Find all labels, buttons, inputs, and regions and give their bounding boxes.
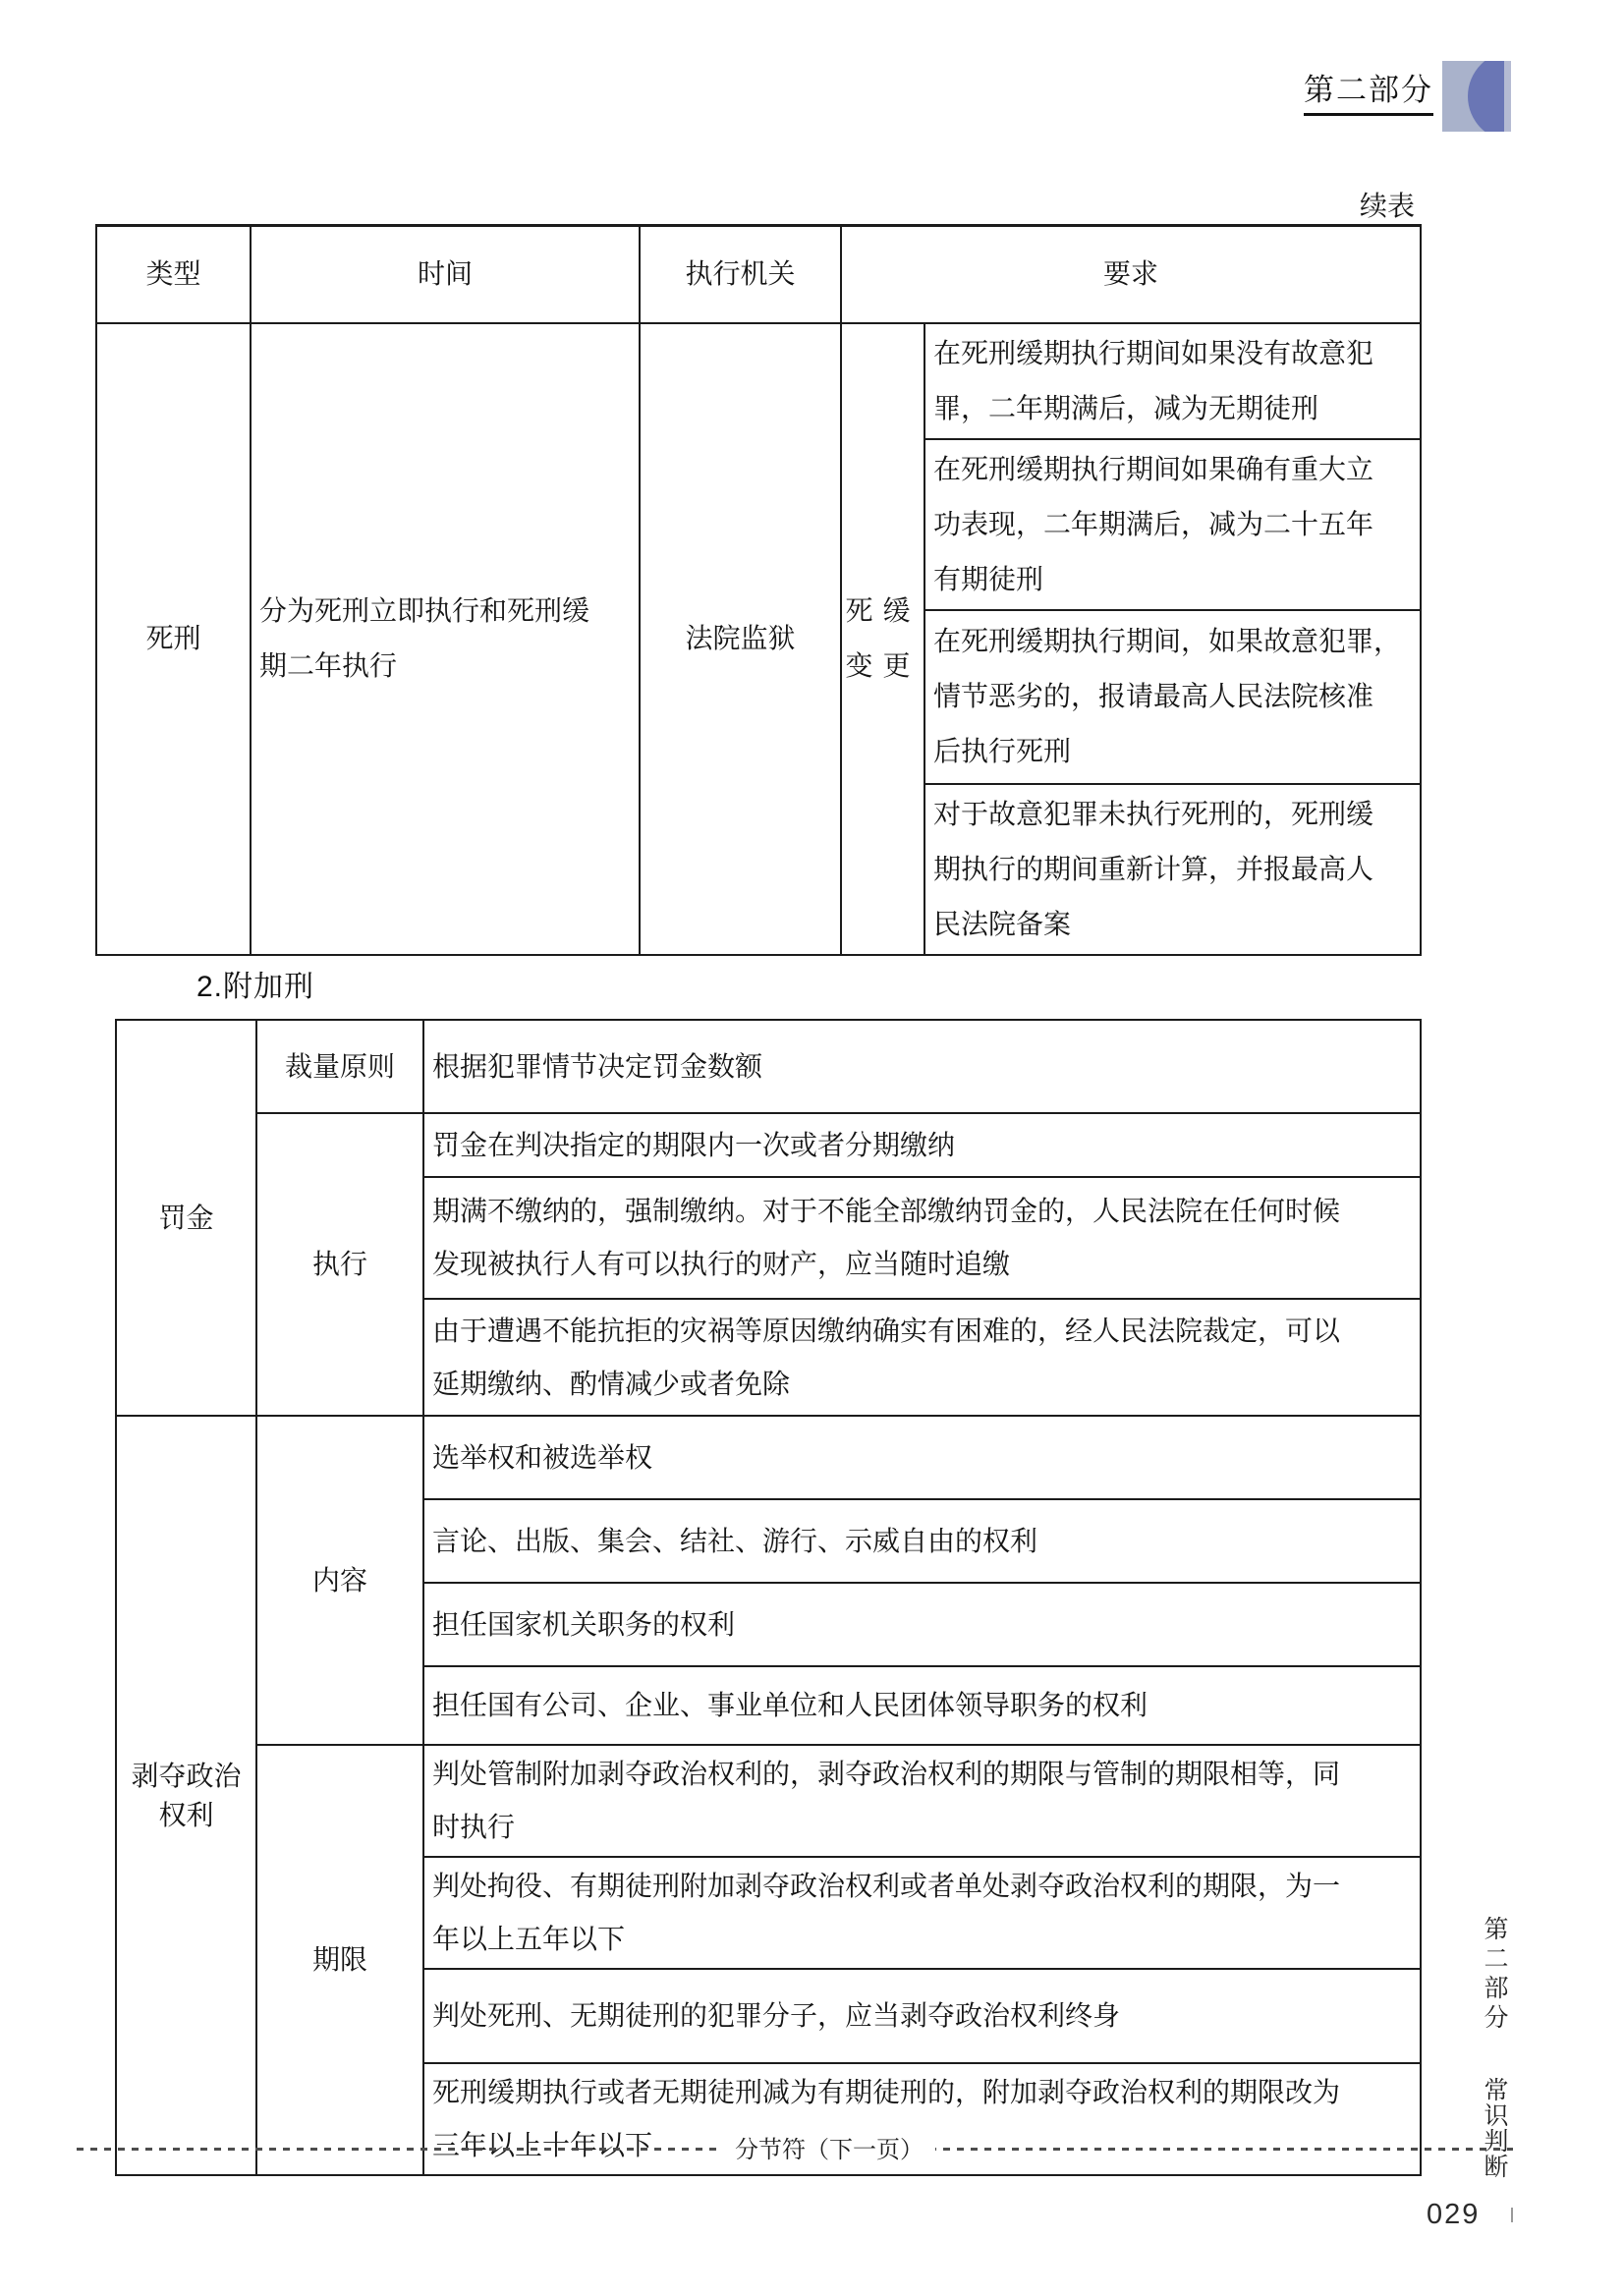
cell-fine-execution-3: 由于遭遇不能抗拒的灾祸等原因缴纳确实有困难的，经人民法院裁定，可以 延期缴纳、酌…	[423, 1299, 1421, 1416]
cell-penalty-type: 死刑	[96, 323, 251, 955]
cell-deprivation-content-1: 选举权和被选举权	[423, 1416, 1421, 1499]
page-margin-tick	[1511, 2208, 1513, 2222]
cell-deprivation-term-2: 判处拘役、有期徒刑附加剥夺政治权利或者单处剥夺政治权利的期限，为一 年以上五年以…	[423, 1857, 1421, 1969]
section-heading: 2.附加刑	[196, 962, 314, 1005]
cell-deprivation-content-4: 担任国有公司、企业、事业单位和人民团体领导职务的权利	[423, 1666, 1421, 1745]
cell-requirement-4: 对于故意犯罪未执行死刑的，死刑缓 期执行的期间重新计算，并报最高人 民法院备案	[924, 784, 1421, 955]
cell-penalty-agency: 法院监狱	[640, 323, 841, 955]
cell-requirement-1: 在死刑缓期执行期间如果没有故意犯 罪，二年期满后，减为无期徒刑	[924, 323, 1421, 439]
table-continued-label: 续表	[1360, 185, 1415, 224]
book-page: 第二部分 续表 类型 时间 执行机关 要求 死刑 分为死刑立即执行和死刑缓 期二…	[0, 0, 1624, 2296]
header-cell-agency: 执行机关	[640, 226, 841, 323]
header-cell-requirement: 要求	[841, 226, 1421, 323]
cell-deprivation-name: 剥夺政治 权利	[116, 1416, 256, 2175]
cell-fine-execution-2: 期满不缴纳的，强制缴纳。对于不能全部缴纳罚金的，人民法院在任何时候 发现被执行人…	[423, 1177, 1421, 1299]
cell-deprivation-content-label: 内容	[256, 1416, 423, 1745]
cell-fine-principle-text: 根据犯罪情节决定罚金数额	[423, 1020, 1421, 1113]
table-row: 剥夺政治 权利 内容 选举权和被选举权	[116, 1416, 1421, 1499]
cell-requirement-2: 在死刑缓期执行期间如果确有重大立 功表现，二年期满后，减为二十五年 有期徒刑	[924, 439, 1421, 610]
cell-deprivation-term-1: 判处管制附加剥夺政治权利的，剥夺政治权利的期限与管制的期限相等，同 时执行	[423, 1745, 1421, 1857]
cell-fine-execution-1: 罚金在判决指定的期限内一次或者分期缴纳	[423, 1113, 1421, 1177]
table-header-row: 类型 时间 执行机关 要求	[96, 226, 1421, 323]
cell-deprivation-content-2: 言论、出版、集会、结社、游行、示威自由的权利	[423, 1499, 1421, 1583]
cell-deprivation-term-label: 期限	[256, 1745, 423, 2175]
corner-icon-strip	[1504, 61, 1511, 132]
sidebar-chapter-label: 常识判断	[1481, 2077, 1508, 2179]
cell-penalty-time: 分为死刑立即执行和死刑缓 期二年执行	[251, 323, 640, 955]
table-row: 死刑 分为死刑立即执行和死刑缓 期二年执行 法院监狱 死缓 变更 在死刑缓期执行…	[96, 323, 1421, 439]
cell-deprivation-term-3: 判处死刑、无期徒刑的犯罪分子，应当剥夺政治权利终身	[423, 1969, 1421, 2063]
cell-fine-principle-label: 裁量原则	[256, 1020, 423, 1113]
supplementary-punishments-table: 罚金 裁量原则 根据犯罪情节决定罚金数额 执行 罚金在判决指定的期限内一次或者分…	[115, 1019, 1422, 2176]
cell-fine-execution-label: 执行	[256, 1113, 423, 1416]
cell-reprieve-variation-label: 死缓 变更	[841, 323, 924, 955]
header-cell-time: 时间	[251, 226, 640, 323]
section-break-label: 分节符（下一页）	[723, 2130, 935, 2164]
page-number: 029	[1427, 2199, 1480, 2231]
sidebar-part-label: 第二部分	[1481, 1916, 1508, 2034]
death-penalty-table: 类型 时间 执行机关 要求 死刑 分为死刑立即执行和死刑缓 期二年执行 法院监狱…	[95, 224, 1422, 956]
cell-fine-name: 罚金	[116, 1020, 256, 1416]
cell-requirement-3: 在死刑缓期执行期间，如果故意犯罪， 情节恶劣的，报请最高人民法院核准 后执行死刑	[924, 610, 1421, 784]
cell-deprivation-content-3: 担任国家机关职务的权利	[423, 1583, 1421, 1666]
page-header-section-title: 第二部分	[1304, 65, 1433, 116]
sidebar-tab: 第二部分 常识判断	[1477, 1916, 1512, 2179]
table-row: 执行 罚金在判决指定的期限内一次或者分期缴纳	[116, 1113, 1421, 1177]
header-cell-type: 类型	[96, 226, 251, 323]
table-row: 期限 判处管制附加剥夺政治权利的，剥夺政治权利的期限与管制的期限相等，同 时执行	[116, 1745, 1421, 1857]
section-corner-icon	[1442, 61, 1511, 132]
table-row: 罚金 裁量原则 根据犯罪情节决定罚金数额	[116, 1020, 1421, 1113]
